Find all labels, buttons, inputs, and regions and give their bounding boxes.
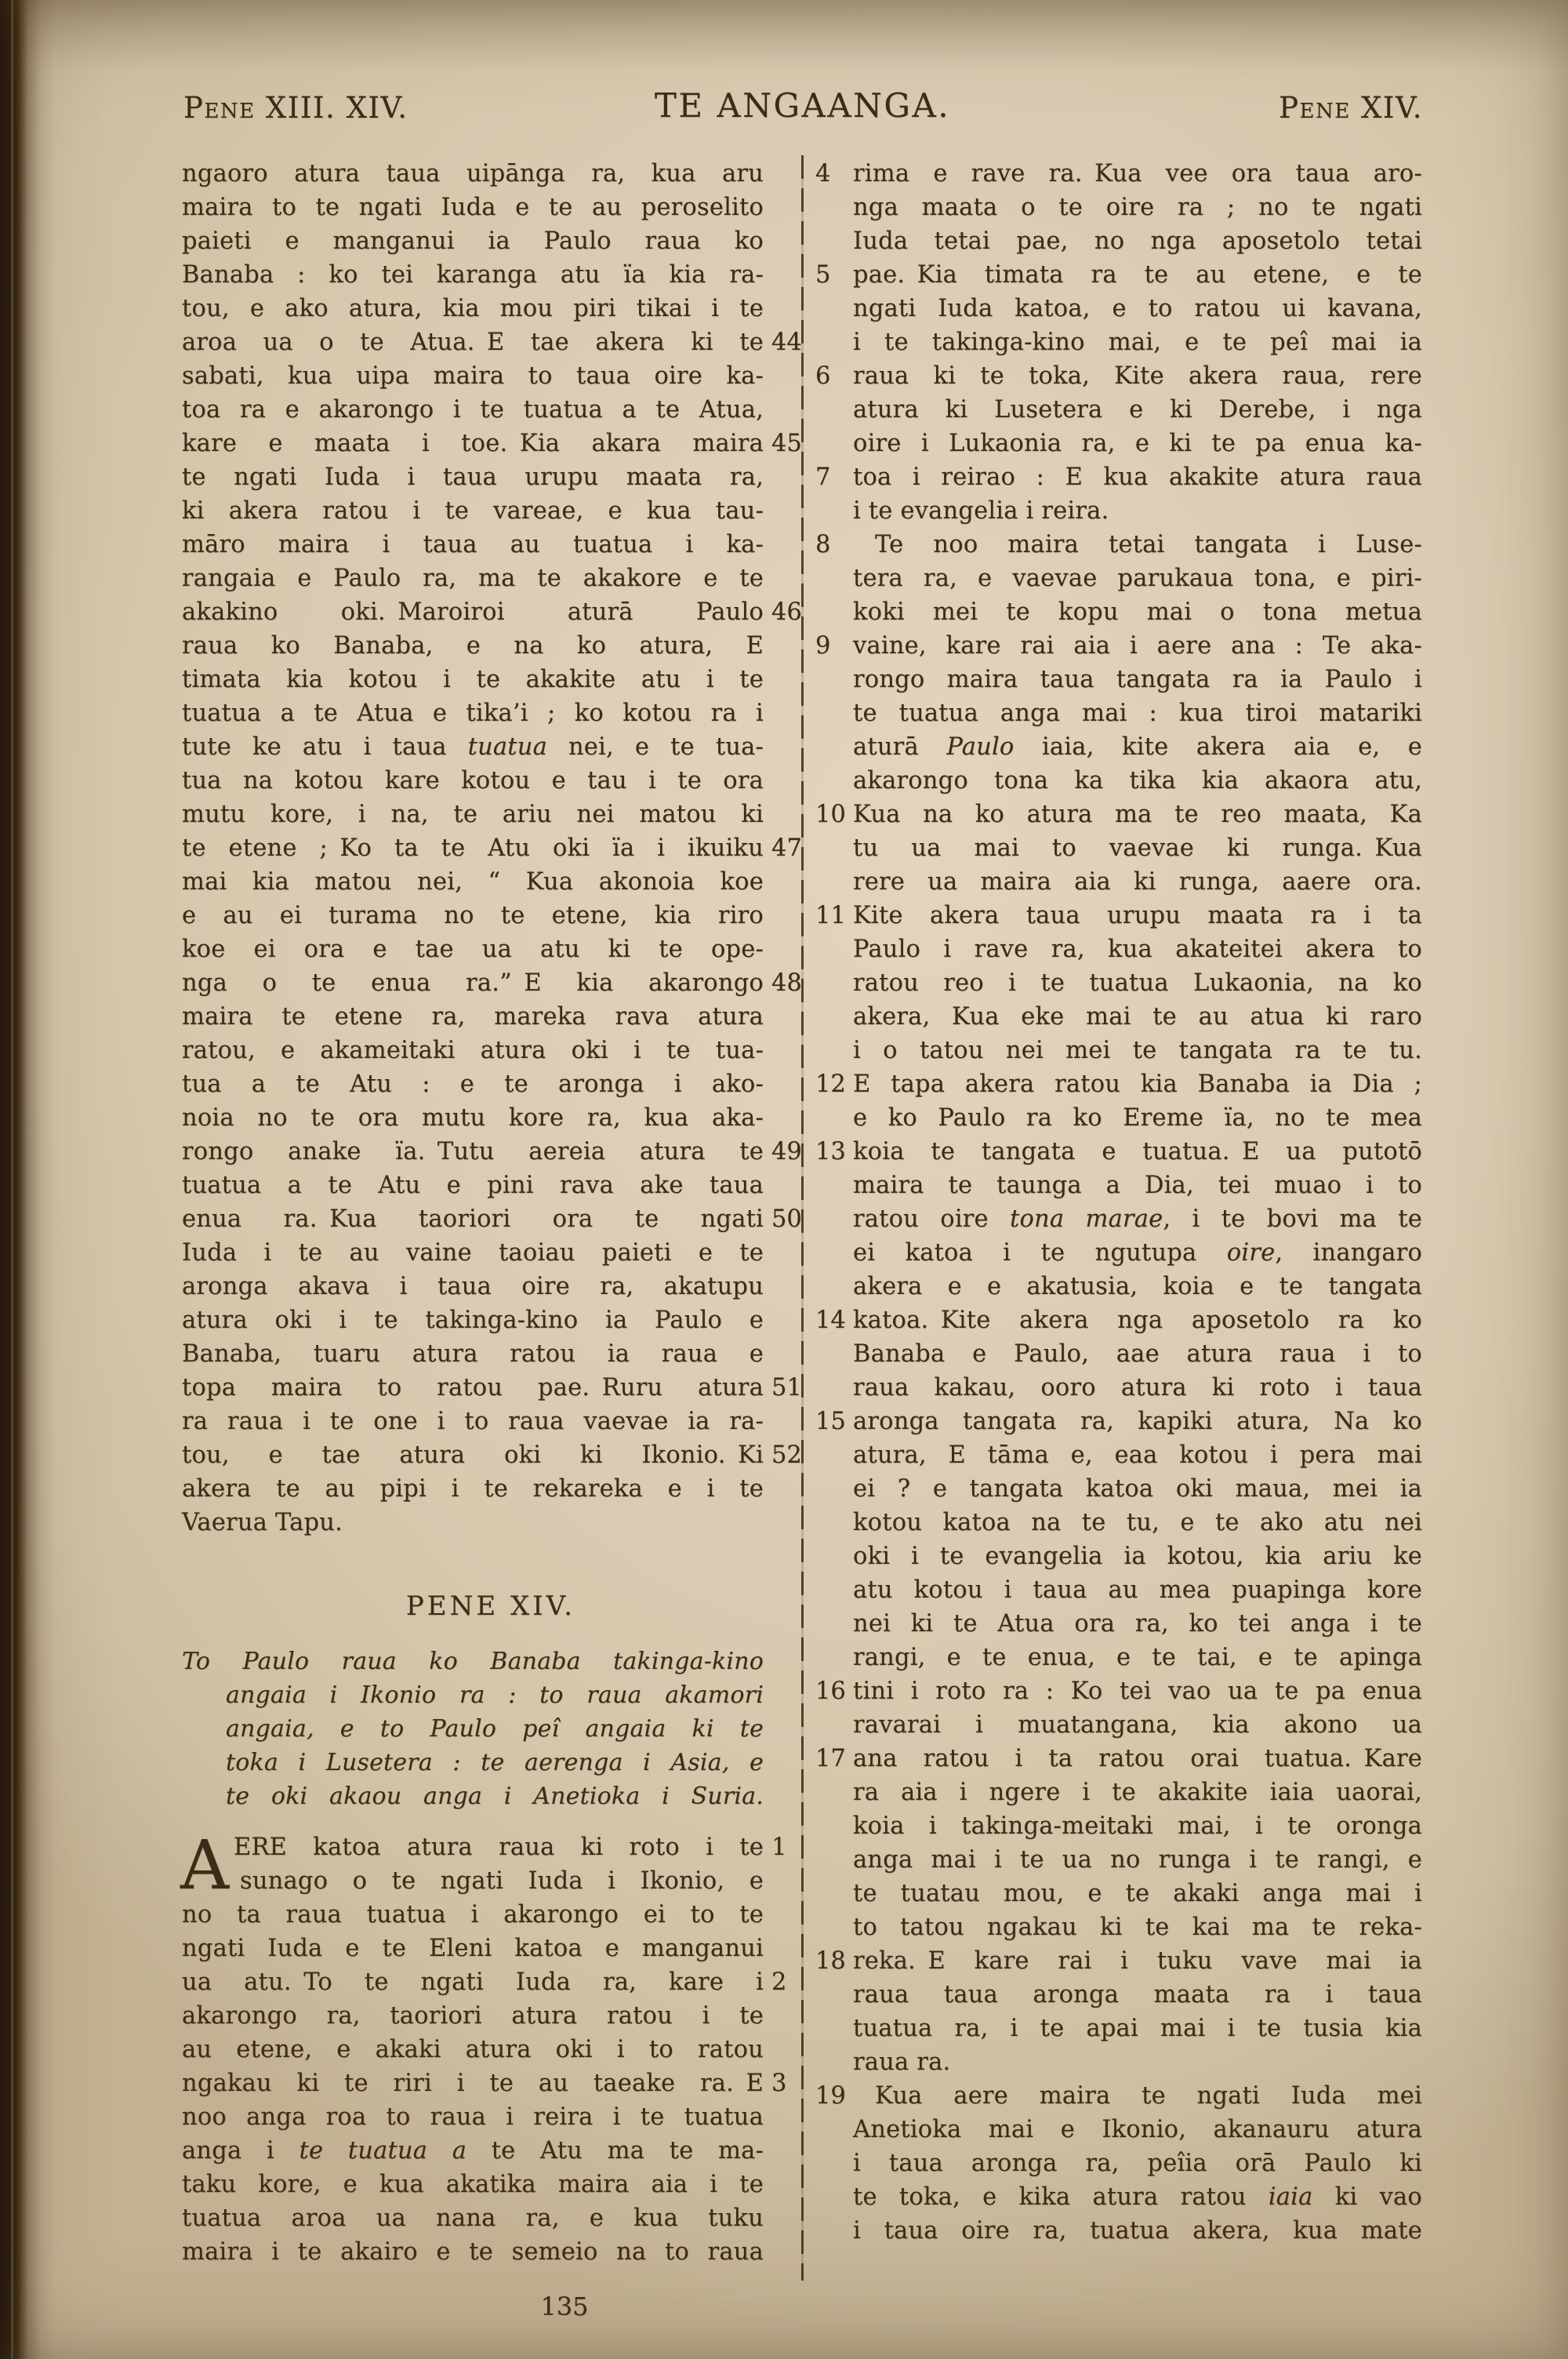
text-segment: e ko Paulo ra ko Ereme ïa, no te mea xyxy=(853,1104,1422,1132)
verse-number xyxy=(814,1472,853,1506)
text-segment: To Paulo raua ko Banaba takinga-kino xyxy=(182,1648,764,1675)
text-segment: maira i te akairo e te semeio na to raua xyxy=(182,2238,764,2266)
text-segment: Iuda i te au vaine taoiau paieti e te xyxy=(182,1239,764,1267)
right-text-line: ravarai i muatangana, kia akono ua xyxy=(814,1708,1422,1742)
text-segment: ua atu. To te ngati Iuda ra, kare i xyxy=(182,1968,764,1996)
left-text-line: sabati, kua uipa maira to taua oire ka- xyxy=(182,359,800,393)
verse-text: enua ra. Kua taoriori ora te ngati xyxy=(182,1202,764,1236)
text-segment: rangi, e te enua, e te tai, e te apinga xyxy=(853,1644,1422,1671)
verse-number: 12 xyxy=(814,1067,853,1101)
verse-number xyxy=(764,1000,800,1034)
left-text-line: akarongo ra, taoriori atura ratou i te xyxy=(182,1999,800,2033)
verse-text: raua kakau, ooro atura ki roto i taua xyxy=(853,1371,1422,1405)
page-number: 135 xyxy=(329,2292,800,2321)
verse-number xyxy=(764,1506,800,1539)
verse-number: 13 xyxy=(814,1135,853,1169)
text-segment: i taua aronga ra, peîia orā Paulo ki xyxy=(853,2150,1422,2177)
text-segment: tuatua ra, i te apai mai i te tusia kia xyxy=(853,2015,1422,2042)
verse-text: ra raua i te one i to raua vaevae ia ra- xyxy=(182,1405,764,1438)
verse-text: toa i reirao : E kua akakite atura raua xyxy=(853,460,1422,494)
verse-text: tua a te Atu : e te aronga i ako- xyxy=(182,1067,764,1101)
text-segment: te oki akaou anga i Anetioka i Suria. xyxy=(226,1783,764,1810)
verse-number xyxy=(764,1067,800,1101)
verse-text: maira te etene ra, mareka rava atura xyxy=(182,1000,764,1034)
right-text-line: ratou reo i te tuatua Lukaonia, na ko xyxy=(814,966,1422,1000)
left-text-line: maira i te akairo e te semeio na to raua xyxy=(182,2235,800,2269)
right-text-line: akera e e akatusia, koia e te tangata xyxy=(814,1270,1422,1303)
verse-text: ra aia i ngere i te akakite iaia uaorai, xyxy=(853,1776,1422,1809)
left-text-line: no ta raua tuatua i akarongo ei to te xyxy=(182,1898,800,1932)
right-text-line: oki i te evangelia ia kotou, kia ariu ke xyxy=(814,1539,1422,1573)
right-text-line: to tatou ngakau ki te kai ma te reka- xyxy=(814,1910,1422,1944)
left-text-line: ki akera ratou i te vareae, e kua tau- xyxy=(182,494,800,528)
verse-number xyxy=(764,494,800,528)
verse-text: koki mei te kopu mai o tona metua xyxy=(853,595,1422,629)
text-segment: taku kore, e kua akatika maira aia i te xyxy=(182,2171,764,2198)
text-segment: noia no te ora mutu kore ra, kua aka- xyxy=(182,1104,764,1132)
left-text-line: ngaoro atura taua uipānga ra, kua aru xyxy=(182,157,800,191)
right-text-line: oire i Lukaonia ra, e ki te pa enua ka- xyxy=(814,427,1422,460)
text-segment: te tuatua anga mai : kua tiroi matariki xyxy=(853,700,1422,727)
text-segment: toa i reirao : E kua akakite atura raua xyxy=(853,463,1422,491)
verse-number xyxy=(764,1746,800,1779)
verse-number: 9 xyxy=(814,629,853,663)
text-segment: au etene, e akaki atura oki i to ratou xyxy=(182,2036,764,2063)
verse-number xyxy=(764,224,800,258)
right-text-line: nga maata o te oire ra ; no te ngati xyxy=(814,191,1422,224)
left-text-line: toka i Lusetera : te aerenga i Asia, e xyxy=(182,1746,800,1779)
verse-number xyxy=(814,1809,853,1843)
verse-text: toka i Lusetera : te aerenga i Asia, e xyxy=(182,1746,764,1779)
right-text-line: kotou katoa na te tu, e te ako atu nei xyxy=(814,1506,1422,1539)
verse-text: Banaba e Paulo, aae atura raua i to xyxy=(853,1337,1422,1371)
right-text-line: 18reka. E kare rai i tuku vave mai ia xyxy=(814,1944,1422,1978)
verse-text: Kua na ko atura ma te reo maata, Ka xyxy=(853,798,1422,831)
right-text-line: ngati Iuda katoa, e to ratou ui kavana, xyxy=(814,292,1422,325)
left-text-line: rongo anake ïa. Tutu aereia atura te49 xyxy=(182,1135,800,1169)
text-segment: tou, e ako atura, kia mou piri tikai i t… xyxy=(182,295,764,322)
verse-number xyxy=(814,325,853,359)
verse-number xyxy=(764,696,800,730)
text-segment: tuatua aroa ua nana ra, e kua tuku xyxy=(182,2205,764,2232)
right-text-line: 13koia te tangata e tuatua. E ua putotō xyxy=(814,1135,1422,1169)
verse-number xyxy=(764,865,800,899)
verse-number xyxy=(764,528,800,562)
left-text-line: angaia, e to Paulo peî angaia ki te xyxy=(182,1712,800,1746)
right-text-line: i te takinga-kino mai, e te peî mai ia xyxy=(814,325,1422,359)
verse-number xyxy=(814,966,853,1000)
text-segment: ki vao xyxy=(1313,2183,1422,2211)
italic-text-segment: tuatua xyxy=(468,733,547,761)
verse-text: rongo anake ïa. Tutu aereia atura te xyxy=(182,1135,764,1169)
verse-text: Anetioka mai e Ikonio, akanauru atura xyxy=(853,2113,1422,2146)
right-text-line: Banaba e Paulo, aae atura raua i to xyxy=(814,1337,1422,1371)
verse-text: i te evangelia i reira. xyxy=(853,494,1422,528)
verse-number: 18 xyxy=(814,1944,853,1978)
verse-number xyxy=(814,1877,853,1910)
verse-text: te ngati Iuda i taua urupu maata ra, xyxy=(182,460,764,494)
verse-number xyxy=(814,1641,853,1674)
verse-text: katoa. Kite akera nga aposetolo ra ko xyxy=(853,1303,1422,1337)
verse-number xyxy=(814,696,853,730)
text-segment: oire i Lukaonia ra, e ki te pa enua ka- xyxy=(853,430,1422,457)
left-text-line: raua ko Banaba, e na ko atura, E xyxy=(182,629,800,663)
verse-text: to tatou ngakau ki te kai ma te reka- xyxy=(853,1910,1422,1944)
text-segment: te toka, e kika atura ratou xyxy=(853,2183,1269,2211)
verse-number: 51 xyxy=(764,1371,800,1405)
book-page-scan: Pene XIII. XIV. TE ANGAANGA. Pene XIV. n… xyxy=(0,0,1568,2359)
text-segment: ngati Iuda e te Eleni katoa e manganui xyxy=(182,1935,764,1962)
text-segment: i te evangelia i reira. xyxy=(853,497,1109,525)
right-text-line: 11Kite akera taua urupu maata ra i ta xyxy=(814,899,1422,932)
right-text-line: i taua aronga ra, peîia orā Paulo ki xyxy=(814,2146,1422,2180)
verse-text: Banaba : ko tei karanga atu ïa kia ra- xyxy=(182,258,764,292)
left-text-column: ngaoro atura taua uipānga ra, kua arumai… xyxy=(182,157,800,2269)
left-text-line: tua a te Atu : e te aronga i ako- xyxy=(182,1067,800,1101)
verse-text: no ta raua tuatua i akarongo ei to te xyxy=(182,1898,764,1932)
right-text-line: koki mei te kopu mai o tona metua xyxy=(814,595,1422,629)
left-text-line: mai kia matou nei, “ Kua akonoia koe xyxy=(182,865,800,899)
verse-text: raua ko Banaba, e na ko atura, E xyxy=(182,629,764,663)
verse-number xyxy=(814,1776,853,1809)
verse-text: reka. E kare rai i tuku vave mai ia xyxy=(853,1944,1422,1978)
verse-number: 48 xyxy=(764,966,800,1000)
left-text-line: sunago o te ngati Iuda i Ikonio, e xyxy=(182,1864,800,1898)
left-text-line: tuatua aroa ua nana ra, e kua tuku xyxy=(182,2201,800,2235)
verse-number: 7 xyxy=(814,460,853,494)
verse-text: nga o te enua ra.” E kia akarongo xyxy=(182,966,764,1000)
verse-number: 45 xyxy=(764,427,800,460)
text-segment: i te takinga-kino mai, e te peî mai ia xyxy=(853,329,1422,356)
right-text-line: te toka, e kika atura ratou iaia ki vao xyxy=(814,2180,1422,2214)
verse-text: mai kia matou nei, “ Kua akonoia koe xyxy=(182,865,764,899)
text-segment: Te noo maira tetai tangata i Luse- xyxy=(875,531,1422,558)
right-text-line: akera, Kua eke mai te au atua ki raro xyxy=(814,1000,1422,1034)
verse-text: vaine, kare rai aia i aere ana : Te aka- xyxy=(853,629,1422,663)
verse-text: raua ki te toka, Kite akera raua, rere xyxy=(853,359,1422,393)
text-segment: vaine, kare rai aia i aere ana : Te aka- xyxy=(853,632,1422,660)
text-segment: ratou reo i te tuatua Lukaonia, na ko xyxy=(853,969,1422,997)
verse-text: maira to te ngati Iuda e te au peroselit… xyxy=(182,191,764,224)
left-text-line: Iuda i te au vaine taoiau paieti e te xyxy=(182,1236,800,1270)
verse-text: Iuda i te au vaine taoiau paieti e te xyxy=(182,1236,764,1270)
verse-text: tuatua a te Atua e tika’i ; ko kotou ra … xyxy=(182,696,764,730)
left-text-line: nga o te enua ra.” E kia akarongo48 xyxy=(182,966,800,1000)
verse-text: koia i takinga-meitaki mai, i te oronga xyxy=(853,1809,1422,1843)
verse-number xyxy=(814,865,853,899)
text-segment: koe ei ora e tae ua atu ki te ope- xyxy=(182,936,764,963)
verse-number xyxy=(764,764,800,798)
text-segment: katoa. Kite akera nga aposetolo ra ko xyxy=(853,1307,1422,1334)
text-segment: E tapa akera ratou kia Banaba ia Dia ; xyxy=(853,1070,1422,1098)
text-segment: Banaba e Paulo, aae atura raua i to xyxy=(853,1340,1422,1368)
verse-text: te toka, e kika atura ratou iaia ki vao xyxy=(853,2180,1422,2214)
text-segment: Anetioka mai e Ikonio, akanauru atura xyxy=(853,2116,1422,2143)
verse-number xyxy=(814,1539,853,1573)
verse-text: kotou katoa na te tu, e te ako atu nei xyxy=(853,1506,1422,1539)
right-text-line: 4rima e rave ra. Kua vee ora taua aro- xyxy=(814,157,1422,191)
verse-number xyxy=(814,1371,853,1405)
text-segment: ei ? e tangata katoa oki maua, mei ia xyxy=(853,1475,1422,1503)
verse-text: akera te au pipi i te rekareka e i te xyxy=(182,1472,764,1506)
text-segment: raua taua aronga maata ra i taua xyxy=(853,1981,1422,2008)
right-text-line: e ko Paulo ra ko Ereme ïa, no te mea xyxy=(814,1101,1422,1135)
verse-number xyxy=(814,831,853,865)
chapter-heading: PENE XIV. xyxy=(182,1588,800,1624)
right-text-line: rongo maira taua tangata ra ia Paulo i xyxy=(814,663,1422,696)
verse-number xyxy=(764,1101,800,1135)
verse-text: Kite akera taua urupu maata ra i ta xyxy=(853,899,1422,932)
verse-number xyxy=(764,1405,800,1438)
verse-text: tou, e ako atura, kia mou piri tikai i t… xyxy=(182,292,764,325)
text-segment: no ta raua tuatua i akarongo ei to te xyxy=(182,1901,764,1928)
left-text-line: Banaba, tuaru atura ratou ia raua e xyxy=(182,1337,800,1371)
verse-number xyxy=(814,191,853,224)
text-segment: raua ra. xyxy=(853,2048,950,2076)
right-text-line: Iuda tetai pae, no nga aposetolo tetai xyxy=(814,224,1422,258)
verse-number xyxy=(764,1337,800,1371)
verse-number: 1 xyxy=(764,1830,800,1864)
text-segment: ra raua i te one i to raua vaevae ia ra- xyxy=(182,1408,764,1435)
verse-text: raua ra. xyxy=(853,2045,1422,2079)
verse-text: raua taua aronga maata ra i taua xyxy=(853,1978,1422,2012)
right-text-line: i taua oire ra, tuatua akera, kua mate xyxy=(814,2214,1422,2248)
verse-number xyxy=(764,191,800,224)
verse-number xyxy=(764,258,800,292)
text-segment: to tatou ngakau ki te kai ma te reka- xyxy=(853,1914,1422,1941)
left-text-line: akakino oki. Maroiroi aturā Paulo46 xyxy=(182,595,800,629)
text-segment: akera, Kua eke mai te au atua ki raro xyxy=(853,1003,1422,1030)
left-text-line: To Paulo raua ko Banaba takinga-kino xyxy=(182,1645,800,1678)
text-segment: tuatua a te Atu e pini rava ake taua xyxy=(182,1172,764,1199)
verse-text: timata kia kotou i te akakite atu i te xyxy=(182,663,764,696)
text-segment: tuatua a te Atua e tika’i ; ko kotou ra … xyxy=(182,700,764,727)
right-text-line: 9vaine, kare rai aia i aere ana : Te aka… xyxy=(814,629,1422,663)
text-segment: atura oki i te takinga-kino ia Paulo e xyxy=(182,1307,764,1334)
left-text-line: noia no te ora mutu kore ra, kua aka- xyxy=(182,1101,800,1135)
verse-number xyxy=(764,1034,800,1067)
text-segment: te etene ; Ko ta te Atu oki ïa i ikuiku xyxy=(182,834,764,862)
chapter-summary: To Paulo raua ko Banaba takinga-kinoanga… xyxy=(182,1645,800,1813)
text-segment: anga mai i te ua no runga i te rangi, e xyxy=(853,1846,1422,1874)
left-text-line: rangaia e Paulo ra, ma te akakore e te xyxy=(182,562,800,595)
verse-text: sabati, kua uipa maira to taua oire ka- xyxy=(182,359,764,393)
text-segment: te ngati Iuda i taua urupu maata ra, xyxy=(182,463,764,491)
verse-text: koia te tangata e tuatua. E ua putotō xyxy=(853,1135,1422,1169)
drop-cap-letter: A xyxy=(180,1834,229,1897)
verse-text: au etene, e akaki atura oki i to ratou xyxy=(182,2033,764,2066)
text-segment: maira te etene ra, mareka rava atura xyxy=(182,1003,764,1030)
verse-text: toa ra e akarongo i te tuatua a te Atua, xyxy=(182,393,764,427)
verse-number xyxy=(764,460,800,494)
text-segment: angaia i Ikonio ra : to raua akamori xyxy=(226,1681,764,1709)
verse-text: tera ra, e vaevae parukaua tona, e piri- xyxy=(853,562,1422,595)
right-text-line: 7toa i reirao : E kua akakite atura raua xyxy=(814,460,1422,494)
verse-text: ei katoa i te ngutupa oire, inangaro xyxy=(853,1236,1422,1270)
verse-text: ngati Iuda katoa, e to ratou ui kavana, xyxy=(853,292,1422,325)
text-segment: angaia, e to Paulo peî angaia ki te xyxy=(226,1715,764,1743)
text-segment: tera ra, e vaevae parukaua tona, e piri- xyxy=(853,565,1422,592)
left-text-line: ratou, e akameitaki atura oki i te tua- xyxy=(182,1034,800,1067)
verse-text: akarongo ra, taoriori atura ratou i te xyxy=(182,1999,764,2033)
left-text-line: enua ra. Kua taoriori ora te ngati50 xyxy=(182,1202,800,1236)
verse-number xyxy=(764,2100,800,2134)
text-segment: mai kia matou nei, “ Kua akonoia koe xyxy=(182,868,764,896)
verse-number: 17 xyxy=(814,1742,853,1776)
text-segment: Vaerua Tapu. xyxy=(182,1509,343,1536)
text-segment: Kua na ko atura ma te reo maata, Ka xyxy=(853,801,1422,828)
verse-number: 50 xyxy=(764,1202,800,1236)
right-text-line: anga mai i te ua no runga i te rangi, e xyxy=(814,1843,1422,1877)
verse-number: 11 xyxy=(814,899,853,932)
verse-text: māro maira i taua au tuatua i ka- xyxy=(182,528,764,562)
left-text-line: tute ke atu i taua tuatua nei, e te tua- xyxy=(182,730,800,764)
text-segment: akarongo tona ka tika kia akaora atu, xyxy=(853,767,1422,794)
text-segment: kotou katoa na te tu, e te ako atu nei xyxy=(853,1509,1422,1536)
verse-number xyxy=(814,427,853,460)
italic-text-segment: tona marae xyxy=(1010,1205,1163,1233)
right-text-line: ra aia i ngere i te akakite iaia uaorai, xyxy=(814,1776,1422,1809)
text-segment: ERE katoa atura raua ki roto i te xyxy=(234,1834,764,1861)
verse-number xyxy=(764,663,800,696)
verse-text: ratou, e akameitaki atura oki i te tua- xyxy=(182,1034,764,1067)
verse-text: ana ratou i ta ratou orai tuatua. Kare xyxy=(853,1742,1422,1776)
left-text-line: maira to te ngati Iuda e te au peroselit… xyxy=(182,191,800,224)
text-segment: oki i te evangelia ia kotou, kia ariu ke xyxy=(853,1543,1422,1570)
verse-text: Iuda tetai pae, no nga aposetolo tetai xyxy=(853,224,1422,258)
left-text-line: te etene ; Ko ta te Atu oki ïa i ikuiku4… xyxy=(182,831,800,865)
right-text-line: atura, E tāma e, eaa kotou i pera mai xyxy=(814,1438,1422,1472)
verse-text: noo anga roa to raua i reira i te tuatua xyxy=(182,2100,764,2134)
verse-number xyxy=(814,932,853,966)
right-text-line: Anetioka mai e Ikonio, akanauru atura xyxy=(814,2113,1422,2146)
right-text-line: ratou oire tona marae, i te bovi ma te xyxy=(814,1202,1422,1236)
verse-text: te tuatua anga mai : kua tiroi matariki xyxy=(853,696,1422,730)
left-text-line: tou, e ako atura, kia mou piri tikai i t… xyxy=(182,292,800,325)
right-text-line: 19Kua aere maira te ngati Iuda mei xyxy=(814,2079,1422,2113)
text-segment: tua a te Atu : e te aronga i ako- xyxy=(182,1070,764,1098)
verse-number: 2 xyxy=(764,1965,800,1999)
right-text-line: ei ? e tangata katoa oki maua, mei ia xyxy=(814,1472,1422,1506)
verse-text: To Paulo raua ko Banaba takinga-kino xyxy=(182,1645,764,1678)
text-segment: pae. Kia timata ra te au etene, e te xyxy=(853,261,1422,289)
page-top-shading xyxy=(0,0,1568,71)
right-text-column: 4rima e rave ra. Kua vee ora taua aro-ng… xyxy=(814,157,1422,2248)
verse-text: atura, E tāma e, eaa kotou i pera mai xyxy=(853,1438,1422,1472)
text-segment: aturā xyxy=(853,733,946,761)
verse-text: ngakau ki te riri i te au taeake ra. E xyxy=(182,2066,764,2100)
left-text-line: tuatua a te Atua e tika’i ; ko kotou ra … xyxy=(182,696,800,730)
verse-number: 5 xyxy=(814,258,853,292)
verse-number xyxy=(764,1779,800,1813)
verse-number xyxy=(814,1708,853,1742)
text-segment: , inangaro xyxy=(1275,1239,1422,1267)
right-text-line: 15aronga tangata ra, kapiki atura, Na ko xyxy=(814,1405,1422,1438)
verse-text: rere ua maira aia ki runga, aaere ora. xyxy=(853,865,1422,899)
italic-text-segment: te tuatua a xyxy=(299,2137,466,2165)
verse-number: 15 xyxy=(814,1405,853,1438)
verse-text: Te noo maira tetai tangata i Luse- xyxy=(853,528,1422,562)
text-segment: koia i takinga-meitaki mai, i te oronga xyxy=(853,1812,1422,1840)
verse-number xyxy=(814,1573,853,1607)
right-text-line: rangi, e te enua, e te tai, e te apinga xyxy=(814,1641,1422,1674)
text-segment: noo anga roa to raua i reira i te tuatua xyxy=(182,2103,764,2131)
verse-text: rongo maira taua tangata ra ia Paulo i xyxy=(853,663,1422,696)
right-text-line: 14katoa. Kite akera nga aposetolo ra ko xyxy=(814,1303,1422,1337)
right-text-line: tera ra, e vaevae parukaua tona, e piri- xyxy=(814,562,1422,595)
verse-text: angaia i Ikonio ra : to raua akamori xyxy=(182,1678,764,1712)
verse-number xyxy=(814,764,853,798)
verse-text: te etene ; Ko ta te Atu oki ïa i ikuiku xyxy=(182,831,764,865)
verse-number xyxy=(764,2201,800,2235)
text-segment: Paulo i rave ra, kua akateitei akera to xyxy=(853,936,1422,963)
right-text-line: akarongo tona ka tika kia akaora atu, xyxy=(814,764,1422,798)
left-text-line: topa maira to ratou pae. Ruru atura51 xyxy=(182,1371,800,1405)
verse-number xyxy=(764,1712,800,1746)
verse-text: ngaoro atura taua uipānga ra, kua aru xyxy=(182,157,764,191)
left-text-line: ngati Iuda e te Eleni katoa e manganui xyxy=(182,1932,800,1965)
text-segment: tu ua mai to vaevae ki runga. Kua xyxy=(853,834,1422,862)
text-segment: tini i roto ra : Ko tei vao ua te pa enu… xyxy=(853,1677,1422,1705)
verse-number: 44 xyxy=(764,325,800,359)
left-text-line: paieti e manganui ia Paulo raua ko xyxy=(182,224,800,258)
verse-text: maira te taunga a Dia, tei muao i to xyxy=(853,1169,1422,1202)
verse-text: i o tatou nei mei te tangata ra te tu. xyxy=(853,1034,1422,1067)
verse-text: Banaba, tuaru atura ratou ia raua e xyxy=(182,1337,764,1371)
left-text-line: Vaerua Tapu. xyxy=(182,1506,800,1539)
verse-text: angaia, e to Paulo peî angaia ki te xyxy=(182,1712,764,1746)
verse-number xyxy=(814,1270,853,1303)
text-segment: ratou oire xyxy=(853,1205,1010,1233)
text-segment: akakino oki. Maroiroi aturā Paulo xyxy=(182,598,764,626)
verse-text: ngati Iuda e te Eleni katoa e manganui xyxy=(182,1932,764,1965)
right-text-line: maira te taunga a Dia, tei muao i to xyxy=(814,1169,1422,1202)
right-text-line: atu kotou i taua au mea puapinga kore xyxy=(814,1573,1422,1607)
right-text-line: te tuatua anga mai : kua tiroi matariki xyxy=(814,696,1422,730)
left-text-line: tua na kotou kare kotou e tau i te ora xyxy=(182,764,800,798)
verse-text: akakino oki. Maroiroi aturā Paulo xyxy=(182,595,764,629)
text-segment: mutu kore, i na, te ariu nei matou ki xyxy=(182,801,764,828)
verse-text: nei ki te Atua ora ra, ko tei anga i te xyxy=(853,1607,1422,1641)
verse-text: te oki akaou anga i Anetioka i Suria. xyxy=(182,1779,764,1813)
left-text-line: atura oki i te takinga-kino ia Paulo e xyxy=(182,1303,800,1337)
right-text-line: 6raua ki te toka, Kite akera raua, rere xyxy=(814,359,1422,393)
chapter-opening-paragraph: A ERE katoa atura raua ki roto i te1suna… xyxy=(182,1830,800,2269)
verse-number xyxy=(814,1438,853,1472)
verse-text: E tapa akera ratou kia Banaba ia Dia ; xyxy=(853,1067,1422,1101)
italic-text-segment: Paulo xyxy=(946,733,1014,761)
verse-text: i taua oire ra, tuatua akera, kua mate xyxy=(853,2214,1422,2248)
verse-number xyxy=(814,730,853,764)
verse-number: 3 xyxy=(764,2066,800,2100)
verse-number xyxy=(764,1236,800,1270)
verse-number xyxy=(764,899,800,932)
text-segment: Banaba : ko tei karanga atu ïa kia ra- xyxy=(182,261,764,289)
verse-text: tuatua a te Atu e pini rava ake taua xyxy=(182,1169,764,1202)
text-segment: ravarai i muatangana, kia akono ua xyxy=(853,1711,1422,1739)
verse-text: e ko Paulo ra ko Ereme ïa, no te mea xyxy=(853,1101,1422,1135)
left-text-line: au etene, e akaki atura oki i to ratou xyxy=(182,2033,800,2066)
verse-text: anga i te tuatua a te Atu ma te ma- xyxy=(182,2134,764,2168)
verse-text: rima e rave ra. Kua vee ora taua aro- xyxy=(853,157,1422,191)
verse-number xyxy=(764,1645,800,1678)
text-segment: koki mei te kopu mai o tona metua xyxy=(853,598,1422,626)
text-segment: topa maira to ratou pae. Ruru atura xyxy=(182,1374,764,1401)
right-column-verse-lines: 4rima e rave ra. Kua vee ora taua aro-ng… xyxy=(814,157,1422,2248)
text-segment: i taua oire ra, tuatua akera, kua mate xyxy=(853,2217,1422,2245)
verse-text: te tuatau mou, e te akaki anga mai i xyxy=(853,1877,1422,1910)
right-text-line: aturā Paulo iaia, kite akera aia e, e xyxy=(814,730,1422,764)
